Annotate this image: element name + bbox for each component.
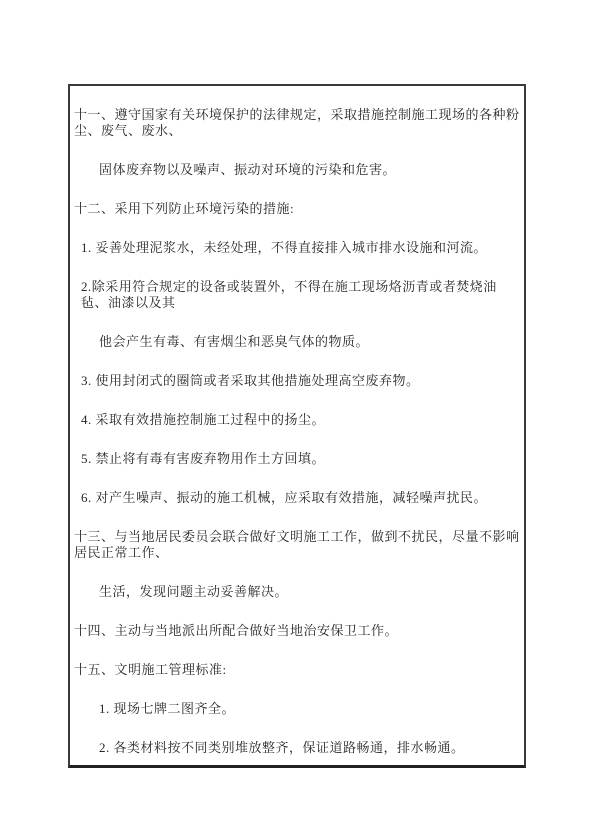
clause-14: 十四、主动与当地派出所配合做好当地治安保卫工作。: [73, 623, 521, 639]
clause-12-item-2-line-1: 2.除采用符合规定的设备或装置外，不得在施工现场烙沥青或者焚烧油毡、油漆以及其: [73, 279, 521, 311]
clause-12-heading: 十二、采用下列防止环境污染的措施:: [73, 201, 521, 217]
clause-12-item-5: 5. 禁止将有毒有害废弃物用作土方回填。: [73, 451, 521, 467]
contract-clauses-table-cell: 十一、遵守国家有关环境保护的法律规定，采取措施控制施工现场的各种粉尘、废气、废水…: [68, 84, 526, 768]
clause-15-item-2: 2. 各类材料按不同类别堆放整齐，保证道路畅通，排水畅通。: [73, 740, 521, 756]
document-page: 十一、遵守国家有关环境保护的法律规定，采取措施控制施工现场的各种粉尘、废气、废水…: [0, 0, 590, 835]
clause-15-item-1: 1. 现场七牌二图齐全。: [73, 701, 521, 717]
clause-13-line-2: 生活，发现问题主动妥善解决。: [73, 584, 521, 600]
clause-12-item-6: 6. 对产生噪声、振动的施工机械，应采取有效措施，减轻噪声扰民。: [73, 490, 521, 506]
clause-15-heading: 十五、文明施工管理标准:: [73, 662, 521, 678]
clause-12-item-3: 3. 使用封闭式的圈筒或者采取其他措施处理高空废弃物。: [73, 373, 521, 389]
clause-12-item-1: 1. 妥善处理泥浆水，未经处理，不得直接排入城市排水设施和河流。: [73, 240, 521, 256]
clause-11-line-1: 十一、遵守国家有关环境保护的法律规定，采取措施控制施工现场的各种粉尘、废气、废水…: [73, 107, 521, 139]
clause-13-line-1: 十三、与当地居民委员会联合做好文明施工工作，做到不扰民，尽量不影响居民正常工作、: [73, 529, 521, 561]
clause-11-line-2: 固体废弃物以及噪声、振动对环境的污染和危害。: [73, 162, 521, 178]
clause-12-item-4: 4. 采取有效措施控制施工过程中的扬尘。: [73, 412, 521, 428]
clause-12-item-2-line-2: 他会产生有毒、有害烟尘和恶臭气体的物质。: [73, 334, 521, 350]
